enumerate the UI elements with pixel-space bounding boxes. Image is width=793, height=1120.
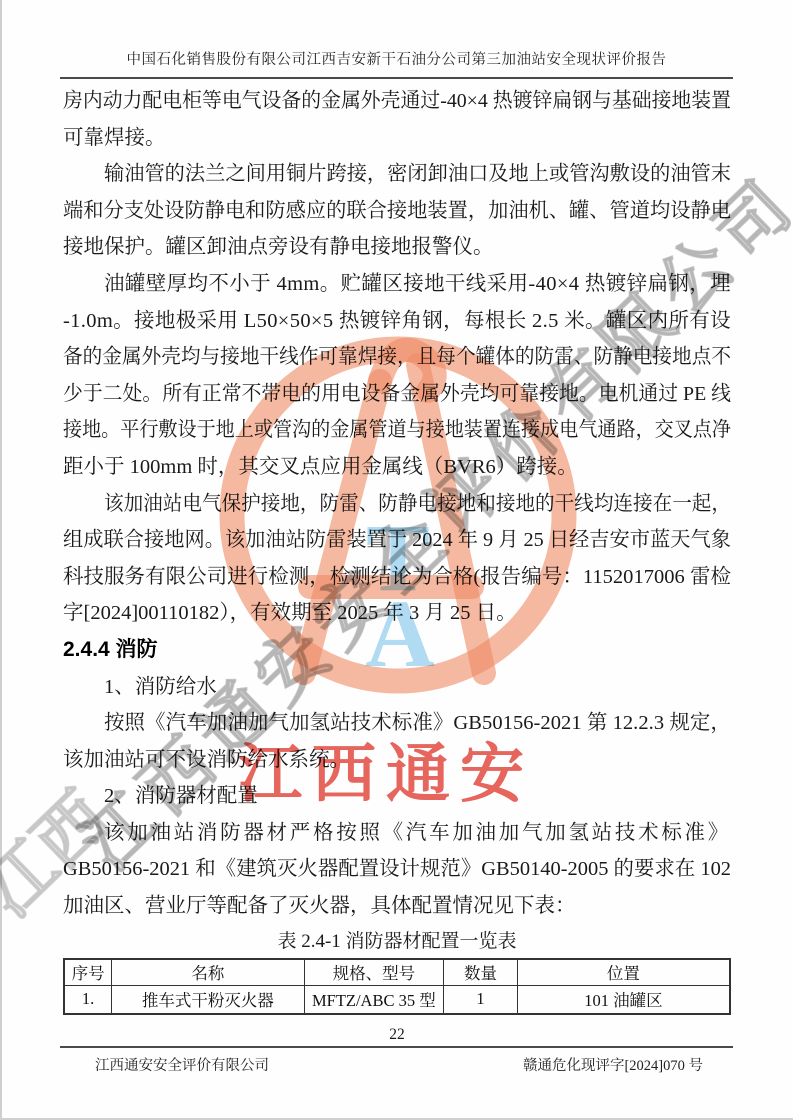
body-line: 房内动力配电柜等电气设备的金属外壳通过-40×4 热镀锌扁钢与基础接地装置	[63, 83, 731, 120]
table-cell: 101 油罐区	[517, 986, 730, 1014]
footer-company: 江西通安安全评价有限公司	[95, 1054, 269, 1075]
header-rule	[60, 77, 733, 79]
body-line: 2、消防器材配置	[63, 778, 731, 815]
body-line: 该加油站消防器材严格按照《汽车加油加气加氢站技术标准》	[63, 815, 731, 852]
body-line: 输油管的法兰之间用铜片跨接，密闭卸油口及地上或管沟敷设的油管末	[63, 156, 731, 193]
table-header-cell: 名称	[112, 959, 304, 986]
table-header-cell: 序号	[64, 959, 112, 986]
body-line: -1.0m。接地极采用 L50×50×5 热镀锌角钢，每根长 2.5 米。罐区内…	[63, 303, 731, 340]
body-line: 字[2024]00110182），有效期至 2025 年 3 月 25 日。	[63, 595, 731, 632]
footer-doc-number: 赣通危化现评字[2024]070 号	[523, 1054, 703, 1075]
table-cell: MFTZ/ABC 35 型	[304, 986, 444, 1014]
page-footer: 江西通安安全评价有限公司 赣通危化现评字[2024]070 号	[60, 1046, 733, 1075]
table-caption: 表 2.4-1 消防器材配置一览表	[63, 925, 731, 958]
body-line: 组成联合接地网。该加油站防雷装置于 2024 年 9 月 25 日经吉安市蓝天气…	[63, 522, 731, 559]
document-body: 房内动力配电柜等电气设备的金属外壳通过-40×4 热镀锌扁钢与基础接地装置可靠焊…	[63, 83, 731, 1044]
table-cell: 推车式干粉灭火器	[112, 986, 304, 1014]
table-header-cell: 规格、型号	[304, 959, 444, 986]
body-line: 加油区、营业厅等配备了灭火器，具体配置情况见下表：	[63, 888, 731, 925]
fire-equipment-table: 序号名称规格、型号数量位置 1.推车式干粉灭火器MFTZ/ABC 35 型110…	[63, 958, 731, 1015]
table-cell: 1	[444, 986, 518, 1014]
table-header-row: 序号名称规格、型号数量位置	[64, 959, 730, 986]
table-row: 1.推车式干粉灭火器MFTZ/ABC 35 型1101 油罐区	[64, 986, 730, 1014]
paragraph-lines: 房内动力配电柜等电气设备的金属外壳通过-40×4 热镀锌扁钢与基础接地装置可靠焊…	[63, 83, 731, 925]
table-header-cell: 数量	[444, 959, 518, 986]
page-header-title: 中国石化销售股份有限公司江西吉安新干石油分公司第三加油站安全现状评价报告	[0, 48, 793, 69]
body-line: 备的金属外壳均与接地干线作可靠焊接，且每个罐体的防雷、防静电接地点不	[63, 339, 731, 376]
body-line: 接地。平行敷设于地上或管沟的金属管道与接地装置连接成电气通路，交叉点净	[63, 412, 731, 449]
body-line: 端和分支处设防静电和防感应的联合接地装置，加油机、罐、管道均设静电	[63, 193, 731, 230]
page-number: 22	[63, 1026, 731, 1044]
body-line: GB50156-2021 和《建筑灭火器配置设计规范》GB50140-2005 …	[63, 851, 731, 888]
body-line: 距小于 100mm 时，其交叉点应用金属线（BVR6）跨接。	[63, 449, 731, 486]
body-line: 按照《汽车加油加气加氢站技术标准》GB50156-2021 第 12.2.3 规…	[63, 705, 731, 742]
scan-edge-left	[0, 0, 2, 1120]
table-cell: 1.	[64, 986, 112, 1014]
body-line: 1、消防给水	[63, 669, 731, 706]
body-line: 该加油站电气保护接地，防雷、防静电接地和接地的干线均连接在一起，	[63, 486, 731, 523]
body-line: 接地保护。罐区卸油点旁设有静电接地报警仪。	[63, 229, 731, 266]
body-line: 该加油站可不设消防给水系统。	[63, 742, 731, 779]
body-line: 少于二处。所有正常不带电的用电设备金属外壳均可靠接地。电机通过 PE 线	[63, 376, 731, 413]
body-line: 科技服务有限公司进行检测，检测结论为合格(报告编号：1152017006 雷检	[63, 559, 731, 596]
body-line: 可靠焊接。	[63, 120, 731, 157]
body-line: 油罐壁厚均不小于 4mm。贮罐区接地干线采用-40×4 热镀锌扁钢，埋	[63, 266, 731, 303]
report-page: 中国石化销售股份有限公司江西吉安新干石油分公司第三加油站安全现状评价报告 房内动…	[0, 0, 793, 1120]
section-heading: 2.4.4 消防	[63, 632, 731, 669]
table-header-cell: 位置	[517, 959, 730, 986]
